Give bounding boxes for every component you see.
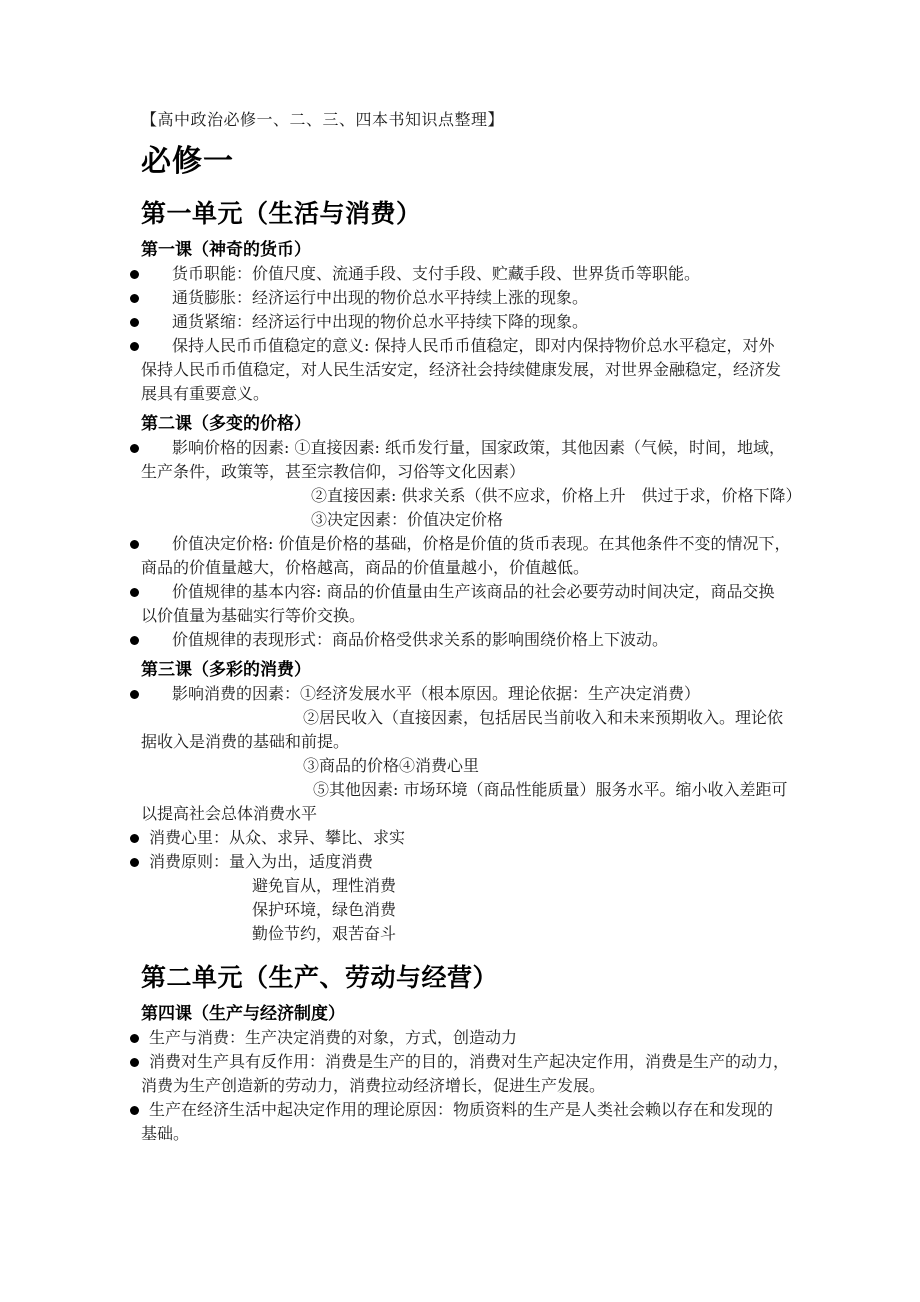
list-item: 价值决定价格: 价值是价格的基础，价格是价值的货币表现。在其他条件不变的情况下，… — [141, 532, 817, 580]
sub-line-text: ⑤其他因素: 市场环境（商品性能质量）服务水平。缩小收入差距可 以提高社会总体消… — [141, 780, 787, 823]
sub-line-text: 避免盲从，理性消费 — [252, 876, 396, 895]
sub-line: 保护环境，绿色消费 — [141, 898, 817, 922]
sub-line: ②直接因素: 供求关系（供不应求，价格上升 供过于求，价格下降） — [141, 484, 817, 508]
list-item-text: 消费对生产具有反作用：消费是生产的目的，消费对生产起决定作用，消费是生产的动力，… — [141, 1052, 789, 1095]
list-item: 价值规律的基本内容: 商品的价值量由生产该商品的社会必要劳动时间决定，商品交换 … — [141, 580, 817, 628]
sub-line-text: ③商品的价格④消费心里 — [303, 756, 479, 775]
list-item: 价值规律的表现形式：商品价格受供求关系的影响围绕价格上下波动。 — [141, 628, 817, 652]
list-item: 消费对生产具有反作用：消费是生产的目的，消费对生产起决定作用，消费是生产的动力，… — [141, 1050, 817, 1098]
sub-line-text: ③决定因素：价值决定价格 — [311, 510, 503, 529]
list-item-text: 影响价格的因素: ①直接因素: 纸币发行量，国家政策，其他因素（气候，时间，地域… — [141, 438, 785, 481]
list-item-text: 保持人民币币值稳定的意义: 保持人民币币值稳定，即对内保持物价总水平稳定，对外 … — [141, 336, 781, 403]
bullet-icon — [130, 690, 139, 699]
list-item-text: 生产在经济生活中起决定作用的理论原因：物质资料的生产是人类社会赖以存在和发现的 … — [141, 1100, 773, 1143]
lesson-1-title: 第一课（神奇的货币） — [141, 238, 817, 262]
list-item-text: 价值决定价格: 价值是价格的基础，价格是价值的货币表现。在其他条件不变的情况下，… — [141, 534, 790, 577]
list-item: 影响消费的因素：①经济发展水平（根本原因。理论依据：生产决定消费） — [141, 682, 817, 706]
sub-line-text: ②居民收入（直接因素，包括居民当前收入和未来预期收入。理论依 据收入是消费的基础… — [141, 708, 783, 751]
bullet-icon — [130, 858, 139, 867]
sub-line: ⑤其他因素: 市场环境（商品性能质量）服务水平。缩小收入差距可 以提高社会总体消… — [141, 778, 817, 826]
list-item: 通货紧缩：经济运行中出现的物价总水平持续下降的现象。 — [141, 310, 817, 334]
doc-header-note: 【高中政治必修一、二、三、四本书知识点整理】 — [141, 108, 817, 132]
bullet-icon — [130, 636, 139, 645]
unit-1-title: 第一单元（生活与消费） — [141, 196, 817, 232]
bullet-icon — [130, 1034, 139, 1043]
sub-line: 避免盲从，理性消费 — [141, 874, 817, 898]
list-item-text: 货币职能：价值尺度、流通手段、支付手段、贮藏手段、世界货币等职能。 — [172, 264, 700, 283]
sub-line: ②居民收入（直接因素，包括居民当前收入和未来预期收入。理论依 据收入是消费的基础… — [141, 706, 817, 754]
list-item: 货币职能：价值尺度、流通手段、支付手段、贮藏手段、世界货币等职能。 — [141, 262, 817, 286]
bullet-icon — [130, 270, 139, 279]
sub-line: ③商品的价格④消费心里 — [141, 754, 817, 778]
bullet-icon — [130, 294, 139, 303]
bullet-icon — [130, 444, 139, 453]
list-item-text: 消费心里：从众、求异、攀比、求实 — [149, 828, 405, 847]
list-item-text: 生产与消费：生产决定消费的对象，方式，创造动力 — [149, 1028, 517, 1047]
sub-line: ③决定因素：价值决定价格 — [141, 508, 817, 532]
list-item: 通货膨胀：经济运行中出现的物价总水平持续上涨的现象。 — [141, 286, 817, 310]
list-item: 保持人民币币值稳定的意义: 保持人民币币值稳定，即对内保持物价总水平稳定，对外 … — [141, 334, 817, 406]
list-item-text: 通货膨胀：经济运行中出现的物价总水平持续上涨的现象。 — [172, 288, 588, 307]
bullet-icon — [130, 834, 139, 843]
bullet-icon — [130, 1106, 139, 1115]
list-item-text: 消费原则：量入为出，适度消费 — [149, 852, 373, 871]
bullet-icon — [130, 540, 139, 549]
list-item: 生产在经济生活中起决定作用的理论原因：物质资料的生产是人类社会赖以存在和发现的 … — [141, 1098, 817, 1146]
sub-line-text: 保护环境，绿色消费 — [252, 900, 396, 919]
book-title: 必修一 — [141, 142, 817, 182]
lesson-2-title: 第二课（多变的价格） — [141, 412, 817, 436]
list-item: 消费原则：量入为出，适度消费 — [141, 850, 817, 874]
lesson-3-title: 第三课（多彩的消费） — [141, 658, 817, 682]
list-item: 消费心里：从众、求异、攀比、求实 — [141, 826, 817, 850]
list-item: 生产与消费：生产决定消费的对象，方式，创造动力 — [141, 1026, 817, 1050]
sub-line: 勤俭节约，艰苦奋斗 — [141, 922, 817, 946]
list-item: 影响价格的因素: ①直接因素: 纸币发行量，国家政策，其他因素（气候，时间，地域… — [141, 436, 817, 484]
sub-line-text: 勤俭节约，艰苦奋斗 — [252, 924, 396, 943]
document-page: 【高中政治必修一、二、三、四本书知识点整理】 必修一 第一单元（生活与消费） 第… — [0, 0, 817, 1146]
lesson-4-title: 第四课（生产与经济制度） — [141, 1002, 817, 1026]
list-item-text: 价值规律的表现形式：商品价格受供求关系的影响围绕价格上下波动。 — [172, 630, 668, 649]
bullet-icon — [130, 342, 139, 351]
list-item-text: 价值规律的基本内容: 商品的价值量由生产该商品的社会必要劳动时间决定，商品交换 … — [141, 582, 774, 625]
list-item-text: 通货紧缩：经济运行中出现的物价总水平持续下降的现象。 — [172, 312, 588, 331]
sub-line-text: ②直接因素: 供求关系（供不应求，价格上升 供过于求，价格下降） — [311, 486, 801, 505]
bullet-icon — [130, 1058, 139, 1067]
unit-2-title: 第二单元（生产、劳动与经营） — [141, 960, 817, 996]
bullet-icon — [130, 588, 139, 597]
list-item-text: 影响消费的因素：①经济发展水平（根本原因。理论依据：生产决定消费） — [172, 684, 700, 703]
bullet-icon — [130, 318, 139, 327]
